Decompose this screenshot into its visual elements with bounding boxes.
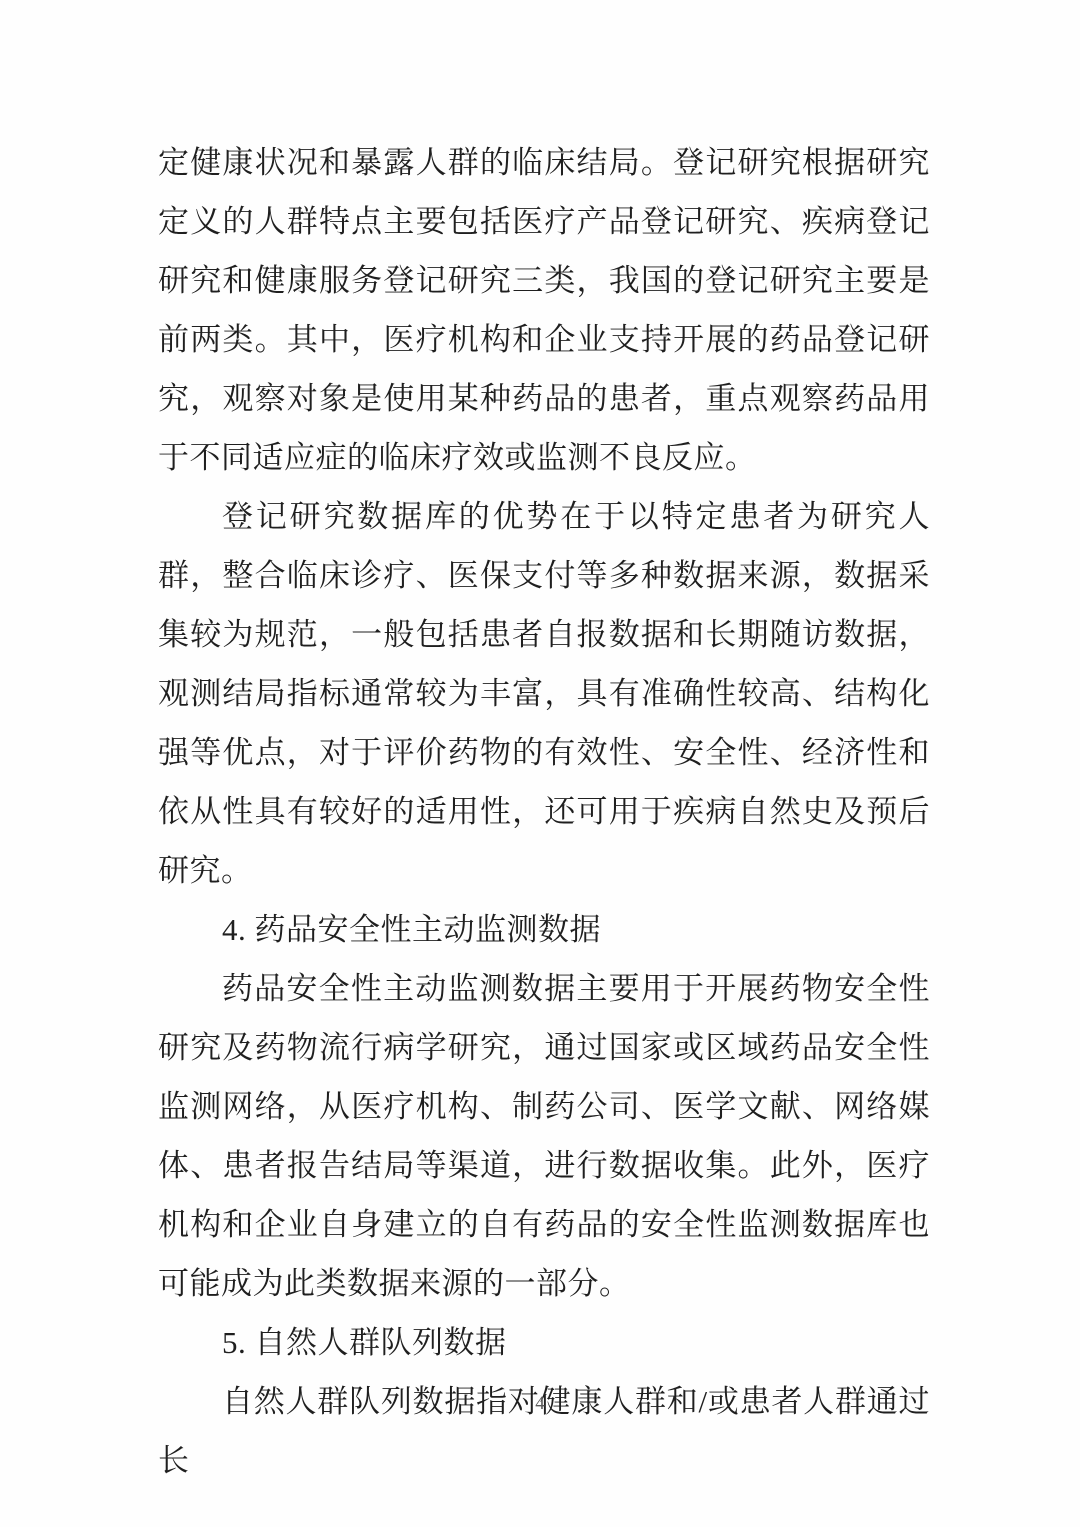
page-body: 定健康状况和暴露人群的临床结局。登记研究根据研究定义的人群特点主要包括医疗产品登… bbox=[158, 133, 930, 1490]
document-page: 定健康状况和暴露人群的临床结局。登记研究根据研究定义的人群特点主要包括医疗产品登… bbox=[0, 0, 1080, 1527]
section-heading-5: 5. 自然人群队列数据 bbox=[158, 1313, 930, 1372]
section-heading-4: 4. 药品安全性主动监测数据 bbox=[158, 900, 930, 959]
paragraph-natural-cohort: 自然人群队列数据指对健康人群和/或患者人群通过长 bbox=[158, 1372, 930, 1490]
paragraph-registry-advantages: 登记研究数据库的优势在于以特定患者为研究人群，整合临床诊疗、医保支付等多种数据来… bbox=[158, 487, 930, 900]
page-number: 4 bbox=[0, 1392, 1080, 1416]
paragraph-drug-safety-monitoring: 药品安全性主动监测数据主要用于开展药物安全性研究及药物流行病学研究，通过国家或区… bbox=[158, 959, 930, 1313]
paragraph-continuation: 定健康状况和暴露人群的临床结局。登记研究根据研究定义的人群特点主要包括医疗产品登… bbox=[158, 133, 930, 487]
